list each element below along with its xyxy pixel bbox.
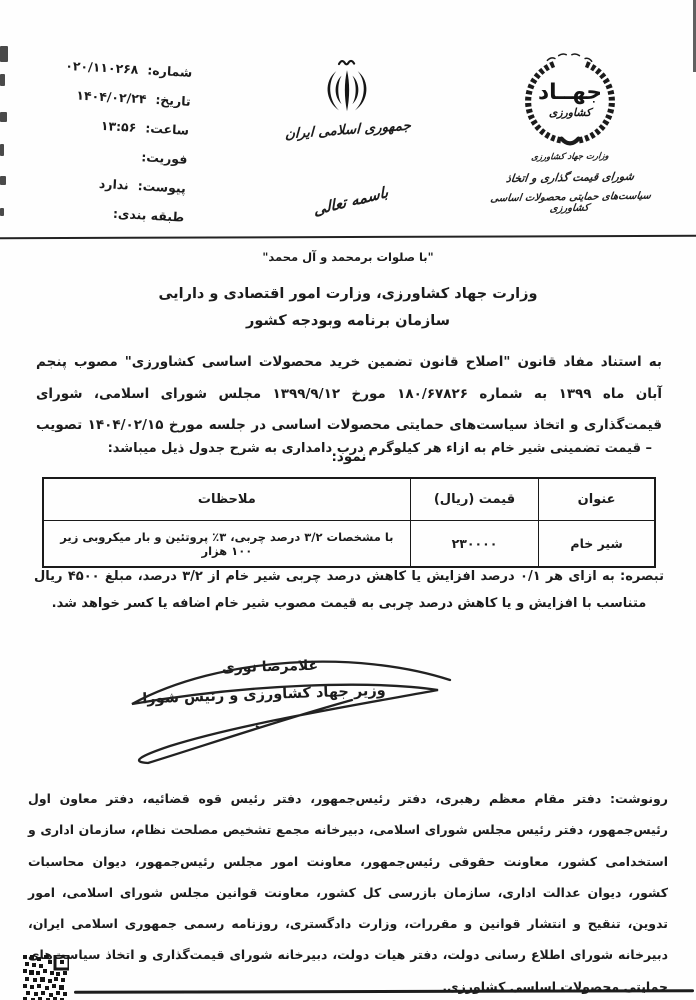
time-value: ۱۳:۵۶: [100, 118, 136, 135]
signature-name: غلامرضا نوری: [170, 656, 370, 677]
qr-code: [23, 955, 69, 1000]
recipients-block: وزارت جهاد کشاورزی، وزارت امور اقتصادی و…: [0, 281, 696, 335]
scan-artifact: [0, 176, 6, 185]
ministry-seal-block: جهــاد کشاورزی وزارت جهاد کشاورزی شورای …: [480, 50, 660, 214]
seal-word-jahad: جهــاد: [538, 80, 602, 105]
number-label: شماره:: [147, 62, 193, 79]
header-remarks: ملاحظات: [43, 478, 410, 521]
header-title: عنوان: [539, 478, 655, 521]
scan-artifact: [0, 46, 8, 62]
recipient-line-2: سازمان برنامه وبودجه کشور: [0, 308, 696, 335]
time-label: ساعت:: [145, 120, 190, 137]
scan-artifact: [0, 74, 5, 86]
price-table: عنوان قیمت (ریال) ملاحظات شیر خام ۲۳۰۰۰۰…: [42, 477, 656, 568]
cell-remarks: با مشخصات ۳/۲ درصد چربی، ۳٪ پروتئین و با…: [43, 521, 410, 568]
cc-paragraph: رونوشت: دفتر مقام معظم رهبری، دفتر رئیس‌…: [28, 783, 668, 1000]
seal-subline-ministry: وزارت جهاد کشاورزی: [479, 150, 661, 163]
iran-national-emblem-icon: [316, 56, 378, 122]
header-divider: [0, 235, 696, 240]
attachment-label: پیوست:: [137, 178, 186, 196]
number-value: ۰۲۰/۱۱۰۲۶۸: [65, 58, 139, 77]
recipient-line-1: وزارت جهاد کشاورزی، وزارت امور اقتصادی و…: [0, 281, 696, 308]
scan-artifact: [0, 208, 4, 216]
scanned-official-letter: شماره: ۰۲۰/۱۱۰۲۶۸ تاریخ: ۱۴۰۴/۰۲/۲۴ ساعت…: [0, 0, 696, 1000]
besmellah-calligraphy: باسمه تعالی: [297, 179, 405, 224]
scan-artifact: [0, 112, 7, 122]
letter-meta-block: شماره: ۰۲۰/۱۱۰۲۶۸ تاریخ: ۱۴۰۴/۰۲/۲۴ ساعت…: [11, 55, 192, 238]
seal-subline-policies: سیاست‌های حمایتی محصولات اساسی کشاورزی: [478, 190, 661, 215]
classification-label: طبقه بندی:: [113, 206, 185, 225]
scan-artifact: [0, 144, 4, 156]
salutation-line: "با صلوات برمحمد و آل محمد": [0, 250, 696, 264]
price-table-header-row: عنوان قیمت (ریال) ملاحظات: [43, 478, 655, 521]
cell-product: شیر خام: [539, 521, 655, 568]
date-label: تاریخ:: [155, 92, 191, 109]
bullet-line: – قیمت تضمینی شیر خام به ازاء هر کیلوگرم…: [40, 441, 652, 456]
table-row: شیر خام ۲۳۰۰۰۰ با مشخصات ۳/۲ درصد چربی، …: [43, 521, 655, 568]
cell-price: ۲۳۰۰۰۰: [410, 521, 539, 568]
signature-title: وزیر جهاد کشاورزی و رئیس شورا: [118, 682, 410, 708]
urgency-label: فوریت:: [141, 149, 188, 167]
date-value: ۱۴۰۴/۰۲/۲۴: [76, 88, 147, 107]
attachment-value: ندارد: [99, 176, 130, 193]
jahad-keshavarzi-seal-icon: جهــاد کشاورزی: [522, 50, 618, 150]
seal-word-keshavarzi: کشاورزی: [549, 106, 594, 119]
note-paragraph: تبصره: به ازای هر ۰/۱ درصد افزایش یا کاه…: [34, 563, 664, 618]
header-price: قیمت (ریال): [410, 478, 539, 521]
seal-subline-council: شورای قیمت گذاری و اتخاذ: [479, 169, 661, 185]
